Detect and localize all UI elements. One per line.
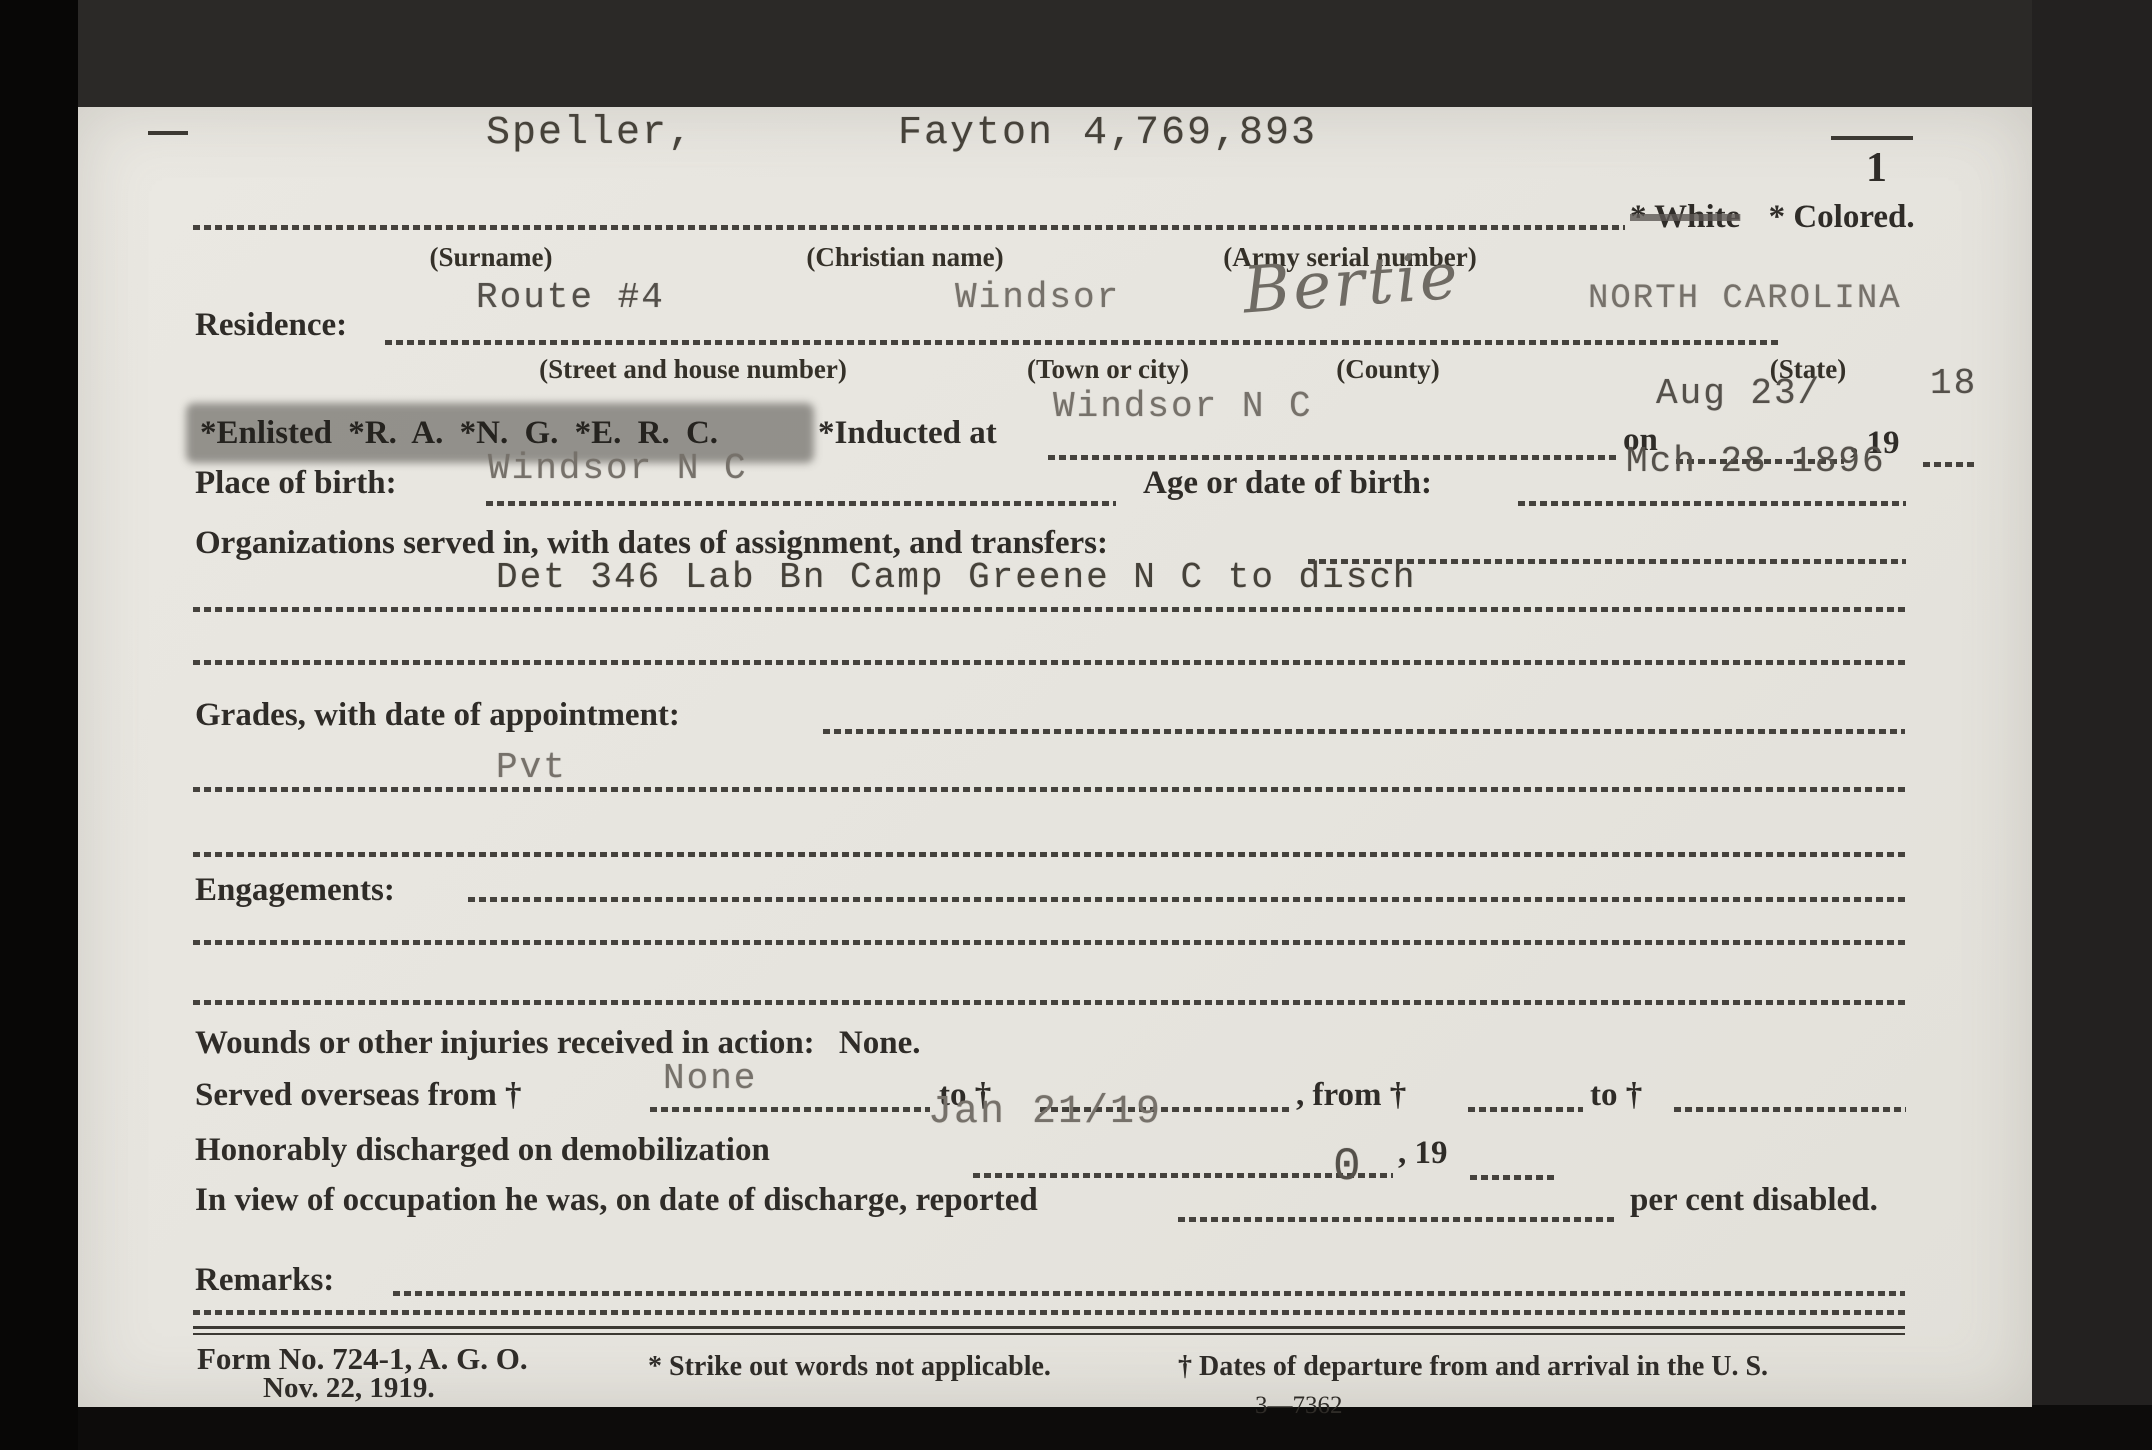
- page-number-rule: [1831, 136, 1913, 140]
- footer-dashed-rule: [193, 1310, 1905, 1315]
- footer-solid-rule-2: [193, 1333, 1905, 1335]
- overseas-from2-line: [1468, 1107, 1583, 1112]
- grades-value: Pvt: [496, 749, 567, 787]
- town-label: (Town or city): [998, 355, 1218, 385]
- remarks-label: Remarks:: [195, 1262, 334, 1298]
- discharge-date-value: Jan 21/19: [928, 1092, 1162, 1134]
- form-number: Form No. 724-1, A. G. O.: [197, 1342, 528, 1376]
- christian-name-value: Fayton: [898, 113, 1054, 155]
- organizations-line-3: [193, 660, 1905, 665]
- overseas-from2-label: , from †: [1296, 1077, 1406, 1113]
- discharge-label: Honorably discharged on demobilization: [195, 1132, 770, 1168]
- engagements-label: Engagements:: [195, 872, 395, 908]
- wounds-line: Wounds or other injuries received in act…: [195, 1025, 921, 1061]
- page-number: 1: [1866, 145, 1887, 191]
- print-code: 3—7362: [1255, 1392, 1343, 1420]
- overseas-from-value: None: [663, 1060, 757, 1098]
- race-line: * White * Colored.: [1630, 199, 1915, 235]
- disability-suffix: per cent disabled.: [1630, 1182, 1878, 1218]
- scan-background-right: [2032, 0, 2152, 1450]
- surname-label: (Surname): [411, 243, 571, 273]
- footer-note-dates: † Dates of departure from and arrival in…: [1178, 1352, 1768, 1383]
- christian-name-label: (Christian name): [785, 243, 1025, 273]
- footer-note-strike: * Strike out words not applicable.: [648, 1352, 1051, 1383]
- name-row-line: [193, 225, 1625, 230]
- organizations-line-2: [193, 607, 1905, 612]
- place-of-birth-label: Place of birth:: [195, 465, 397, 501]
- surname-value: Speller,: [486, 113, 694, 155]
- scanned-service-record: { "header": { "page_number": "1", "surna…: [0, 0, 2152, 1450]
- top-left-mark: [148, 131, 188, 135]
- discharge-year-line: [1470, 1175, 1555, 1180]
- county-label: (County): [1298, 355, 1478, 385]
- residence-town-value: Windsor: [955, 279, 1120, 317]
- inducted-place-value: Windsor N C: [1053, 388, 1313, 426]
- race-colored-label: * Colored.: [1769, 199, 1915, 235]
- organizations-value: Det 346 Lab Bn Camp Greene N C to disch: [496, 559, 1417, 597]
- year-line: [1923, 462, 1975, 467]
- residence-county-handwritten: Bertie: [1241, 240, 1463, 329]
- discharge-year-label: , 19: [1398, 1135, 1448, 1171]
- wounds-value: None.: [839, 1025, 921, 1061]
- scan-background-bottom: [78, 1405, 2152, 1450]
- date-of-birth-line: [1518, 501, 1906, 506]
- engagements-line-2: [193, 940, 1905, 945]
- grades-line-3: [193, 852, 1905, 857]
- disability-value: 0: [1333, 1143, 1363, 1191]
- remarks-line: [393, 1291, 1905, 1296]
- residence-street-value: Route #4: [476, 279, 665, 317]
- residence-line: [385, 340, 1780, 345]
- grades-label: Grades, with date of appointment:: [195, 697, 680, 733]
- engagements-line-1: [468, 897, 1905, 902]
- wounds-label: Wounds or other injuries received in act…: [195, 1025, 815, 1061]
- place-of-birth-line: [486, 501, 1116, 506]
- scan-background-left-strip: [0, 0, 78, 1450]
- service-record-card: 1 Speller, Fayton 4,769,893 * White * Co…: [78, 107, 2032, 1407]
- footer-solid-rule-1: [193, 1326, 1905, 1329]
- overseas-to2-label: to †: [1590, 1077, 1642, 1113]
- date-of-birth-value: Mch 28 1896: [1626, 443, 1886, 481]
- serial-number-value: 4,769,893: [1083, 113, 1317, 155]
- disability-line: [1178, 1217, 1618, 1222]
- induction-date-value: Aug 23/: [1656, 375, 1821, 413]
- form-date: Nov. 22, 1919.: [263, 1373, 435, 1405]
- overseas-to2-line: [1674, 1107, 1906, 1112]
- residence-state-value: NORTH CAROLINA: [1588, 282, 1902, 318]
- residence-label: Residence:: [195, 307, 347, 343]
- grades-line-1: [823, 729, 1905, 734]
- disability-label: In view of occupation he was, on date of…: [195, 1182, 1038, 1218]
- scan-background-top: [78, 0, 2032, 110]
- served-overseas-from-label: Served overseas from †: [195, 1077, 522, 1113]
- inducted-at-label: *Inducted at: [818, 415, 997, 451]
- engagements-line-3: [193, 1000, 1905, 1005]
- organizations-label: Organizations served in, with dates of a…: [195, 525, 1108, 561]
- induction-year-value: 18: [1930, 365, 1977, 403]
- inducted-at-line: [1048, 455, 1620, 460]
- age-or-date-of-birth-label: Age or date of birth:: [1143, 465, 1432, 501]
- place-of-birth-value: Windsor N C: [488, 450, 748, 488]
- street-label: (Street and house number): [533, 355, 853, 385]
- overseas-from-line: [650, 1107, 930, 1112]
- discharge-line: [973, 1173, 1393, 1178]
- grades-line-2: [193, 787, 1905, 792]
- race-white-label: * White: [1630, 199, 1740, 235]
